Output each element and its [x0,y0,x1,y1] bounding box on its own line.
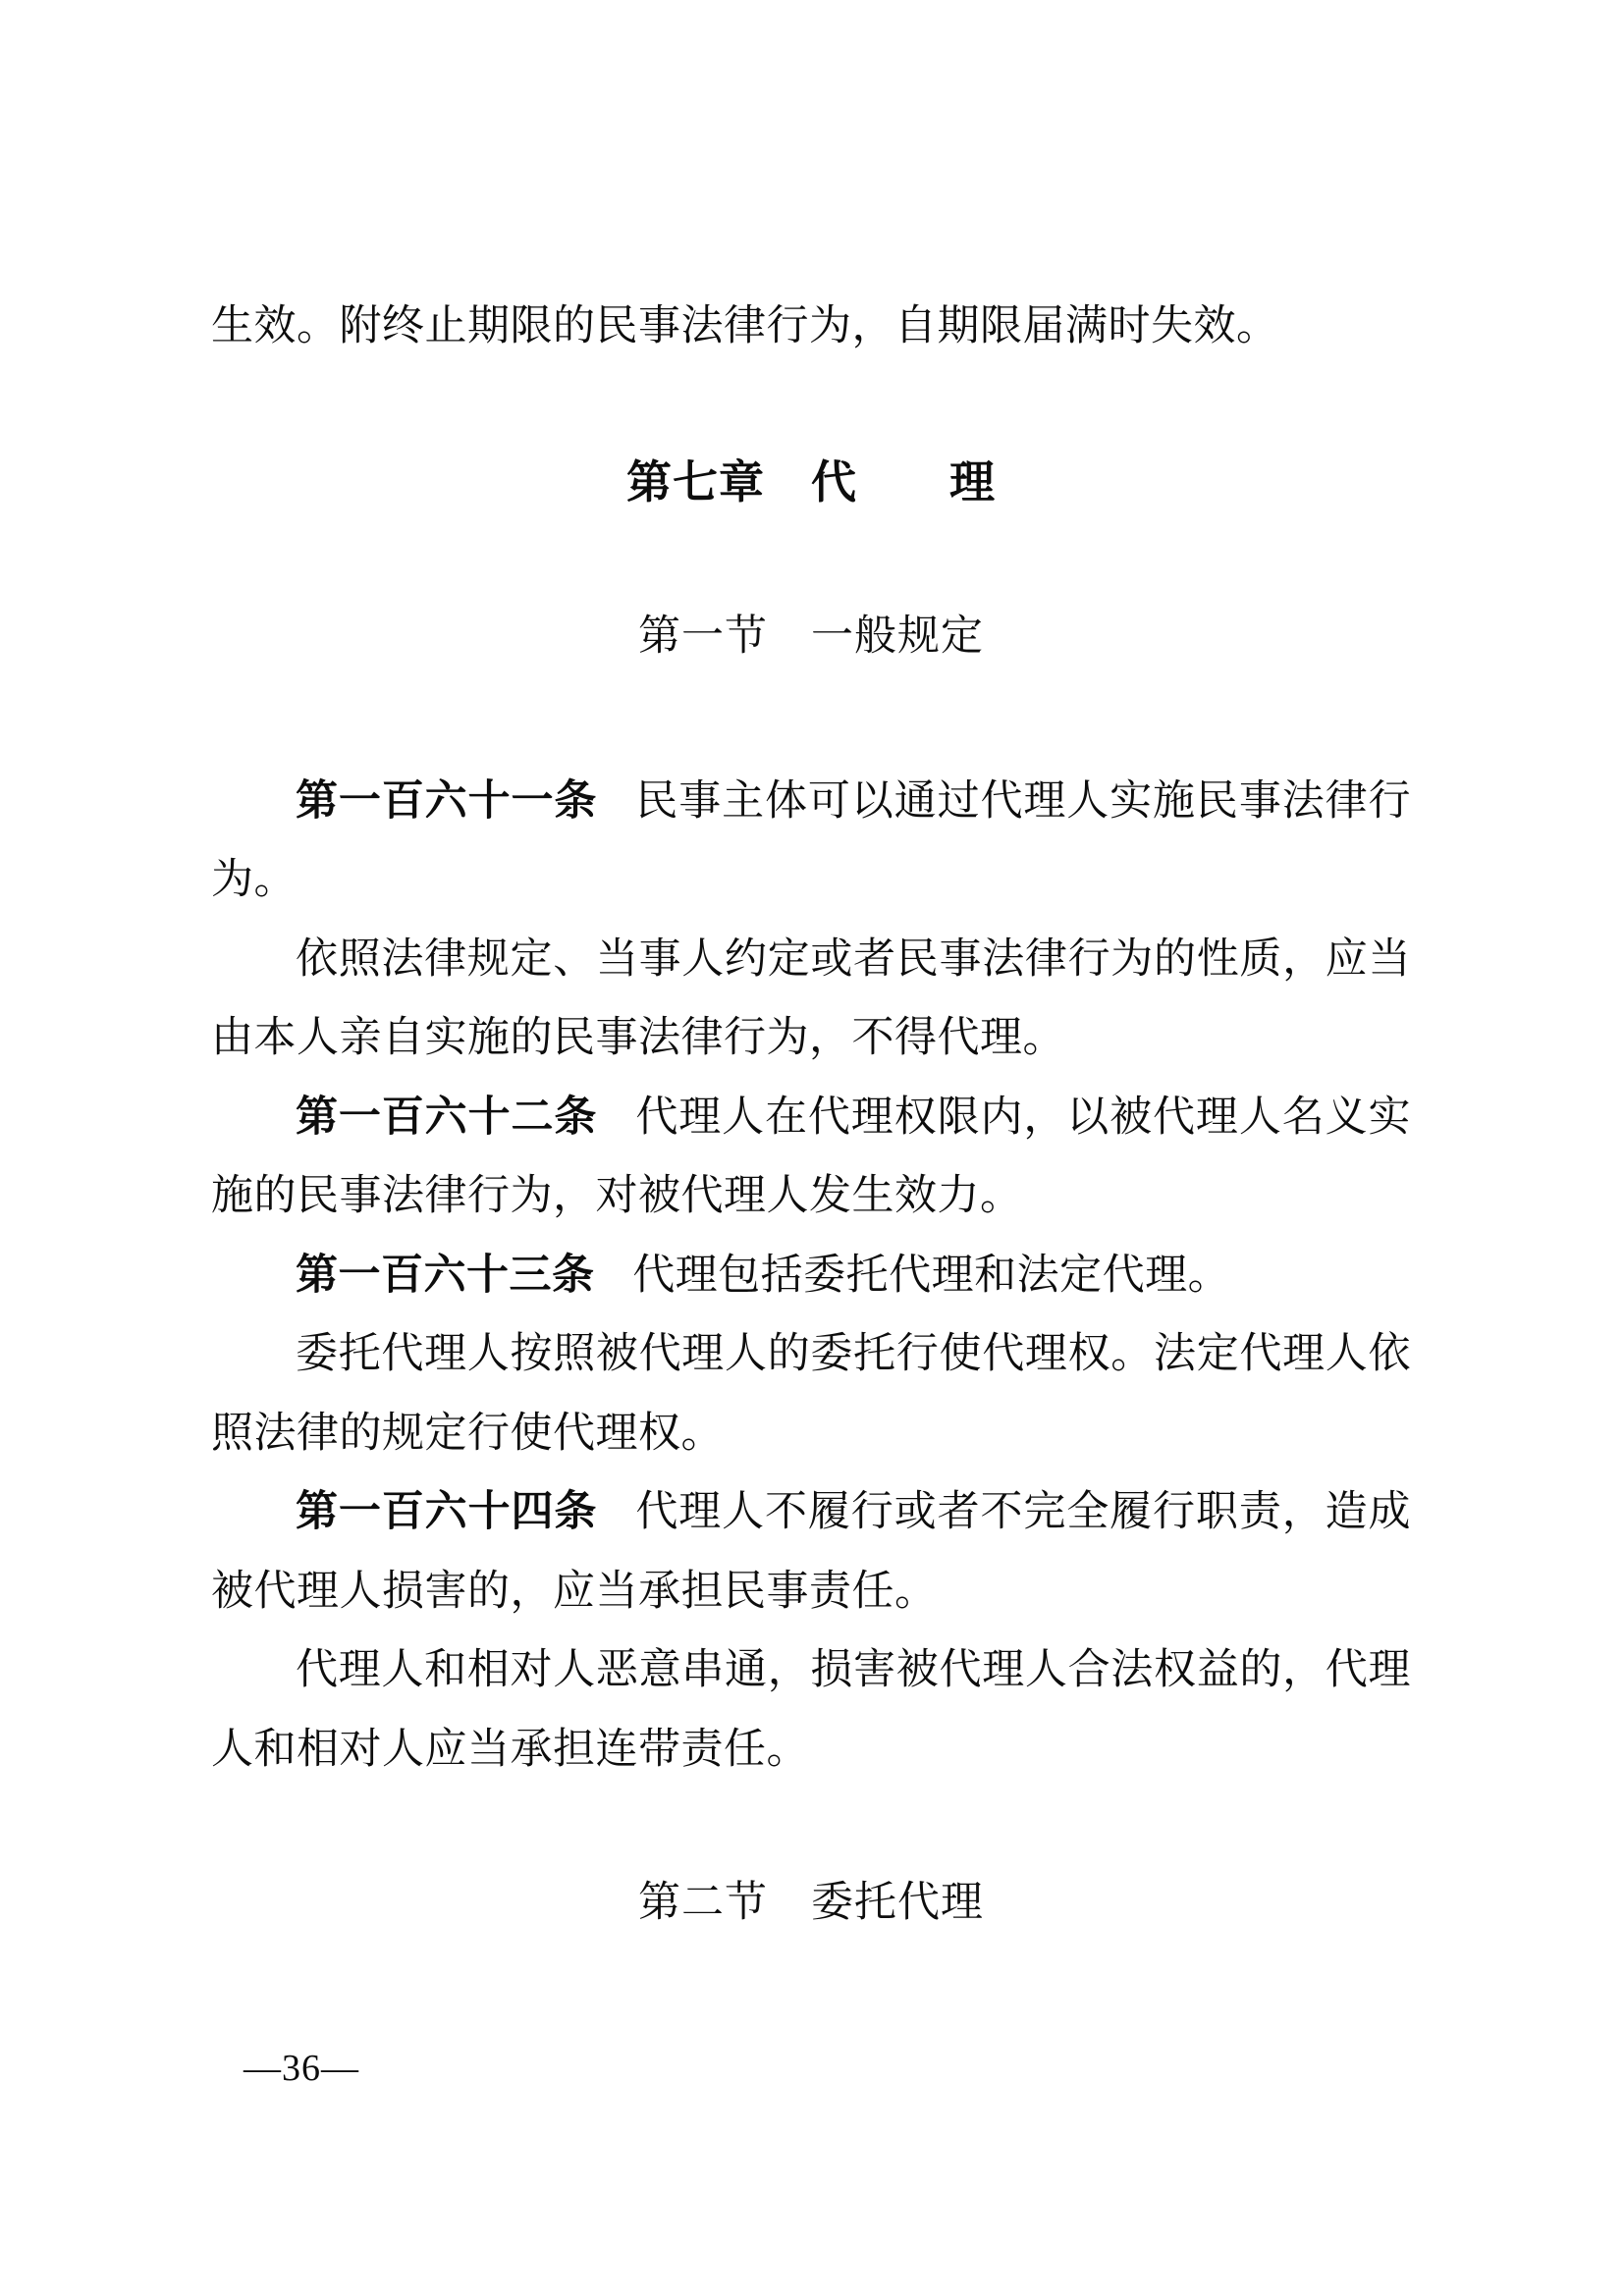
article-162-paragraph-1: 第一百六十二条代理人在代理权限内，以被代理人名义实施的民事法律行为，对被代理人发… [211,1079,1411,1237]
chapter-heading: 第七章 代 理 [211,444,1411,522]
article-162-number: 第一百六十二条 [296,1095,597,1141]
section-2-heading: 第二节 委托代理 [211,1864,1411,1943]
article-163-number: 第一百六十三条 [296,1253,595,1299]
article-164-number: 第一百六十四条 [296,1489,597,1535]
document-page: 生效。附终止期限的民事法律行为，自期限届满时失效。 第七章 代 理 第一节 一般… [0,0,1411,2090]
article-164-paragraph-1: 第一百六十四条代理人不履行或者不完全履行职责，造成被代理人损害的，应当承担民事责… [211,1473,1411,1631]
article-161-paragraph-2: 依照法律规定、当事人约定或者民事法律行为的性质，应当由本人亲自实施的民事法律行为… [211,921,1411,1079]
article-163-paragraph-1: 第一百六十三条代理包括委托代理和法定代理。 [211,1237,1411,1316]
article-163-paragraph-2: 委托代理人按照被代理人的委托行使代理权。法定代理人依照法律的规定行使代理权。 [211,1315,1411,1473]
article-164-paragraph-2: 代理人和相对人恶意串通，损害被代理人合法权益的，代理人和相对人应当承担连带责任。 [211,1631,1411,1789]
article-161-number: 第一百六十一条 [296,778,597,825]
page-number: —36— [211,2047,1411,2090]
section-1-heading: 第一节 一般规定 [211,598,1411,676]
article-163-text: 代理包括委托代理和法定代理。 [632,1253,1230,1299]
continuation-paragraph: 生效。附终止期限的民事法律行为，自期限届满时失效。 [211,288,1411,367]
article-161-paragraph-1: 第一百六十一条民事主体可以通过代理人实施民事法律行为。 [211,763,1411,921]
articles-block: 第一百六十一条民事主体可以通过代理人实施民事法律行为。 依照法律规定、当事人约定… [211,763,1411,1790]
